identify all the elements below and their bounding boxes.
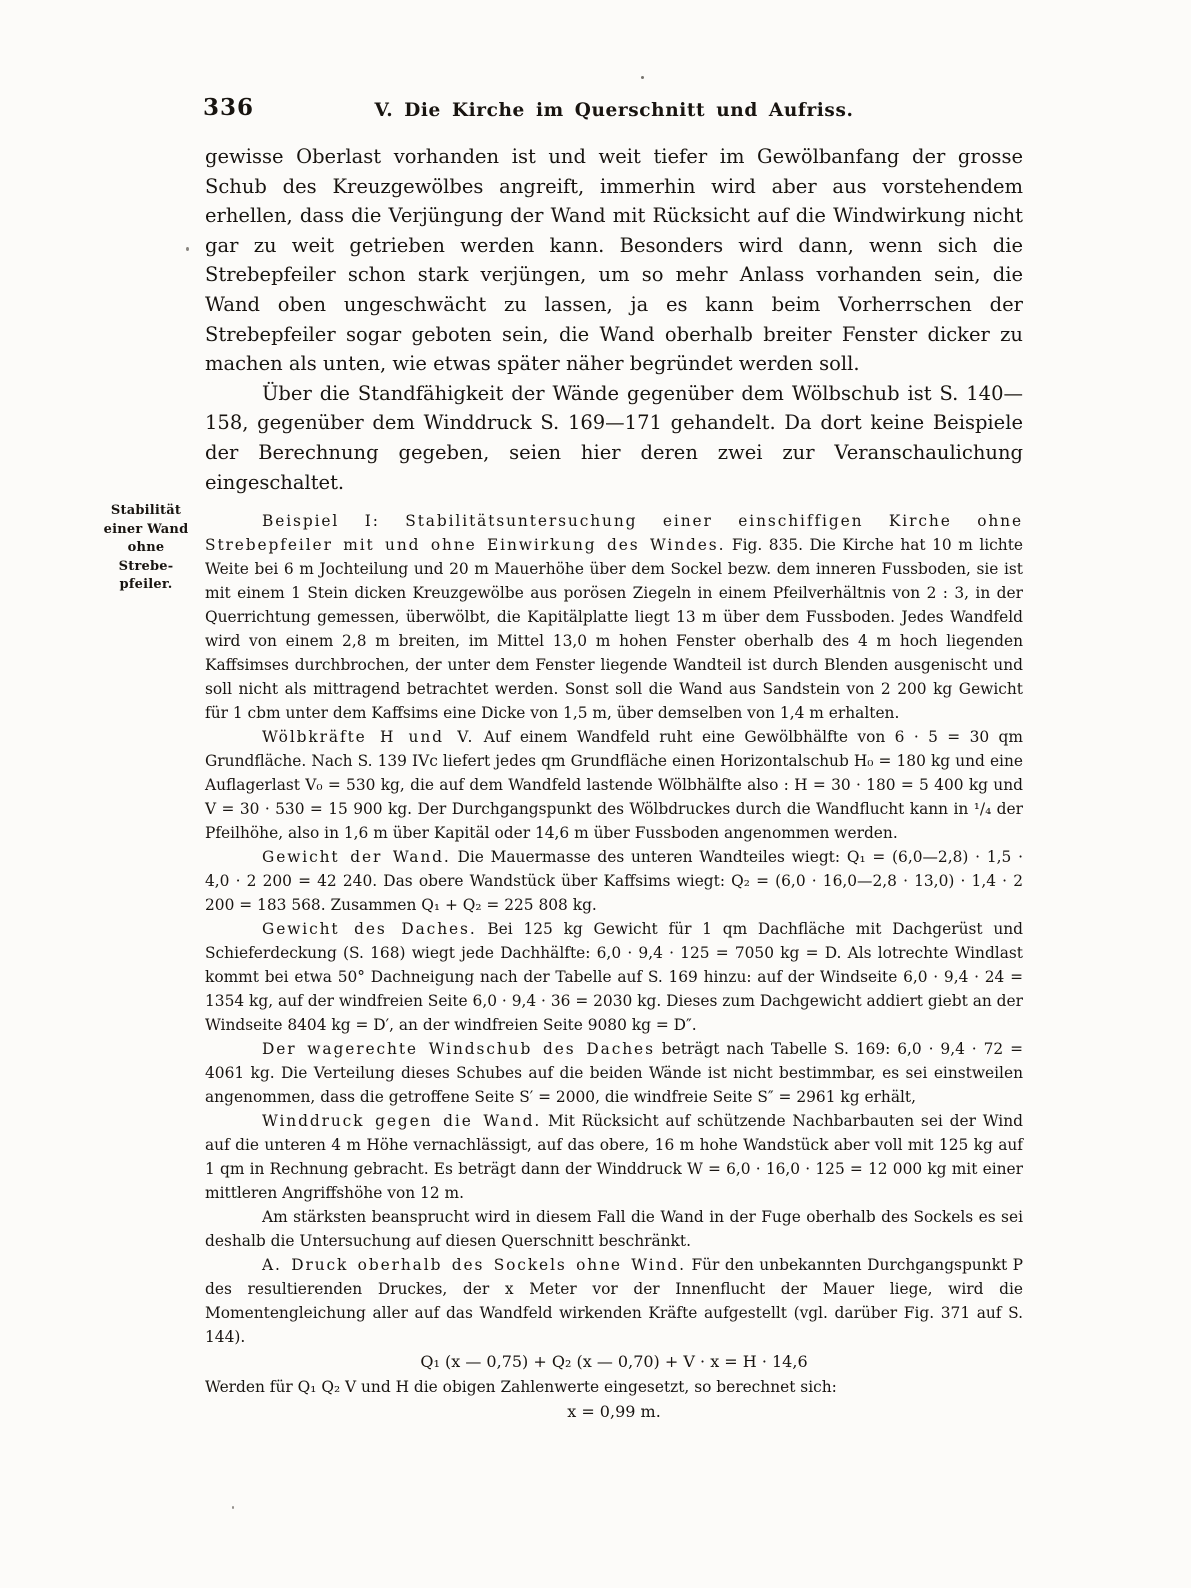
lead-in-gewicht-des-daches: Gewicht des Daches. bbox=[262, 920, 477, 938]
lead-in-winddruck: Winddruck gegen die Wand. bbox=[262, 1112, 541, 1130]
scanned-book-page: 336 V. Die Kirche im Querschnitt und Auf… bbox=[0, 0, 1191, 1588]
margin-note-line: ohne Strebe- bbox=[98, 539, 194, 576]
paragraph-gewicht-der-wand: Gewicht der Wand. Die Mauermasse des unt… bbox=[205, 845, 1023, 917]
lead-in-woelbkraefte: Wölbkräfte H und V. bbox=[262, 728, 474, 746]
paragraph-am-staerksten: Am stärksten beansprucht wird in diesem … bbox=[205, 1205, 1023, 1253]
running-header-title: V. Die Kirche im Querschnitt und Aufriss… bbox=[205, 100, 1023, 121]
scan-artifact-dot bbox=[641, 76, 644, 79]
lead-in-druck-ohne-wind: A. Druck oberhalb des Sockels ohne Wind. bbox=[262, 1256, 686, 1274]
margin-note: Stabilität einer Wand ohne Strebe- pfeil… bbox=[98, 502, 194, 595]
result-equation: x = 0,99 m. bbox=[205, 1399, 1023, 1425]
lead-in-windschub: Der wagerechte Windschub des Daches bbox=[262, 1040, 655, 1058]
paragraph-gewicht-des-daches: Gewicht des Daches. Bei 125 kg Gewicht f… bbox=[205, 917, 1023, 1037]
paragraph-werden-fuer: Werden für Q₁ Q₂ V und H die obigen Zahl… bbox=[205, 1375, 1023, 1399]
paragraph-windschub: Der wagerechte Windschub des Daches betr… bbox=[205, 1037, 1023, 1109]
intro-paragraph-continuation: gewisse Oberlast vorhanden ist und weit … bbox=[205, 142, 1023, 379]
scan-artifact-dot bbox=[232, 1506, 234, 1509]
paragraph-winddruck: Winddruck gegen die Wand. Mit Rücksicht … bbox=[205, 1109, 1023, 1205]
paragraph-woelbkraefte: Wölbkräfte H und V. Auf einem Wandfeld r… bbox=[205, 725, 1023, 845]
main-text-column: gewisse Oberlast vorhanden ist und weit … bbox=[205, 142, 1023, 1425]
lead-in-gewicht-der-wand: Gewicht der Wand. bbox=[262, 848, 451, 866]
margin-note-line: pfeiler. bbox=[98, 576, 194, 595]
scan-artifact-dot bbox=[186, 247, 189, 251]
margin-note-line: Stabilität bbox=[98, 502, 194, 521]
moment-equation: Q₁ (x — 0,75) + Q₂ (x — 0,70) + V · x = … bbox=[205, 1349, 1023, 1375]
intro-paragraph-standfaehigkeit: Über die Standfähigkeit der Wände gegenü… bbox=[205, 379, 1023, 497]
beispiel-section: Beispiel I: Stabilitätsuntersuchung eine… bbox=[205, 509, 1023, 1425]
paragraph-beispiel-1: Beispiel I: Stabilitätsuntersuchung eine… bbox=[205, 509, 1023, 725]
margin-note-line: einer Wand bbox=[98, 521, 194, 540]
paragraph-body: Fig. 835. Die Kirche hat 10 m lichte Wei… bbox=[205, 536, 1023, 722]
paragraph-druck-ohne-wind: A. Druck oberhalb des Sockels ohne Wind.… bbox=[205, 1253, 1023, 1349]
